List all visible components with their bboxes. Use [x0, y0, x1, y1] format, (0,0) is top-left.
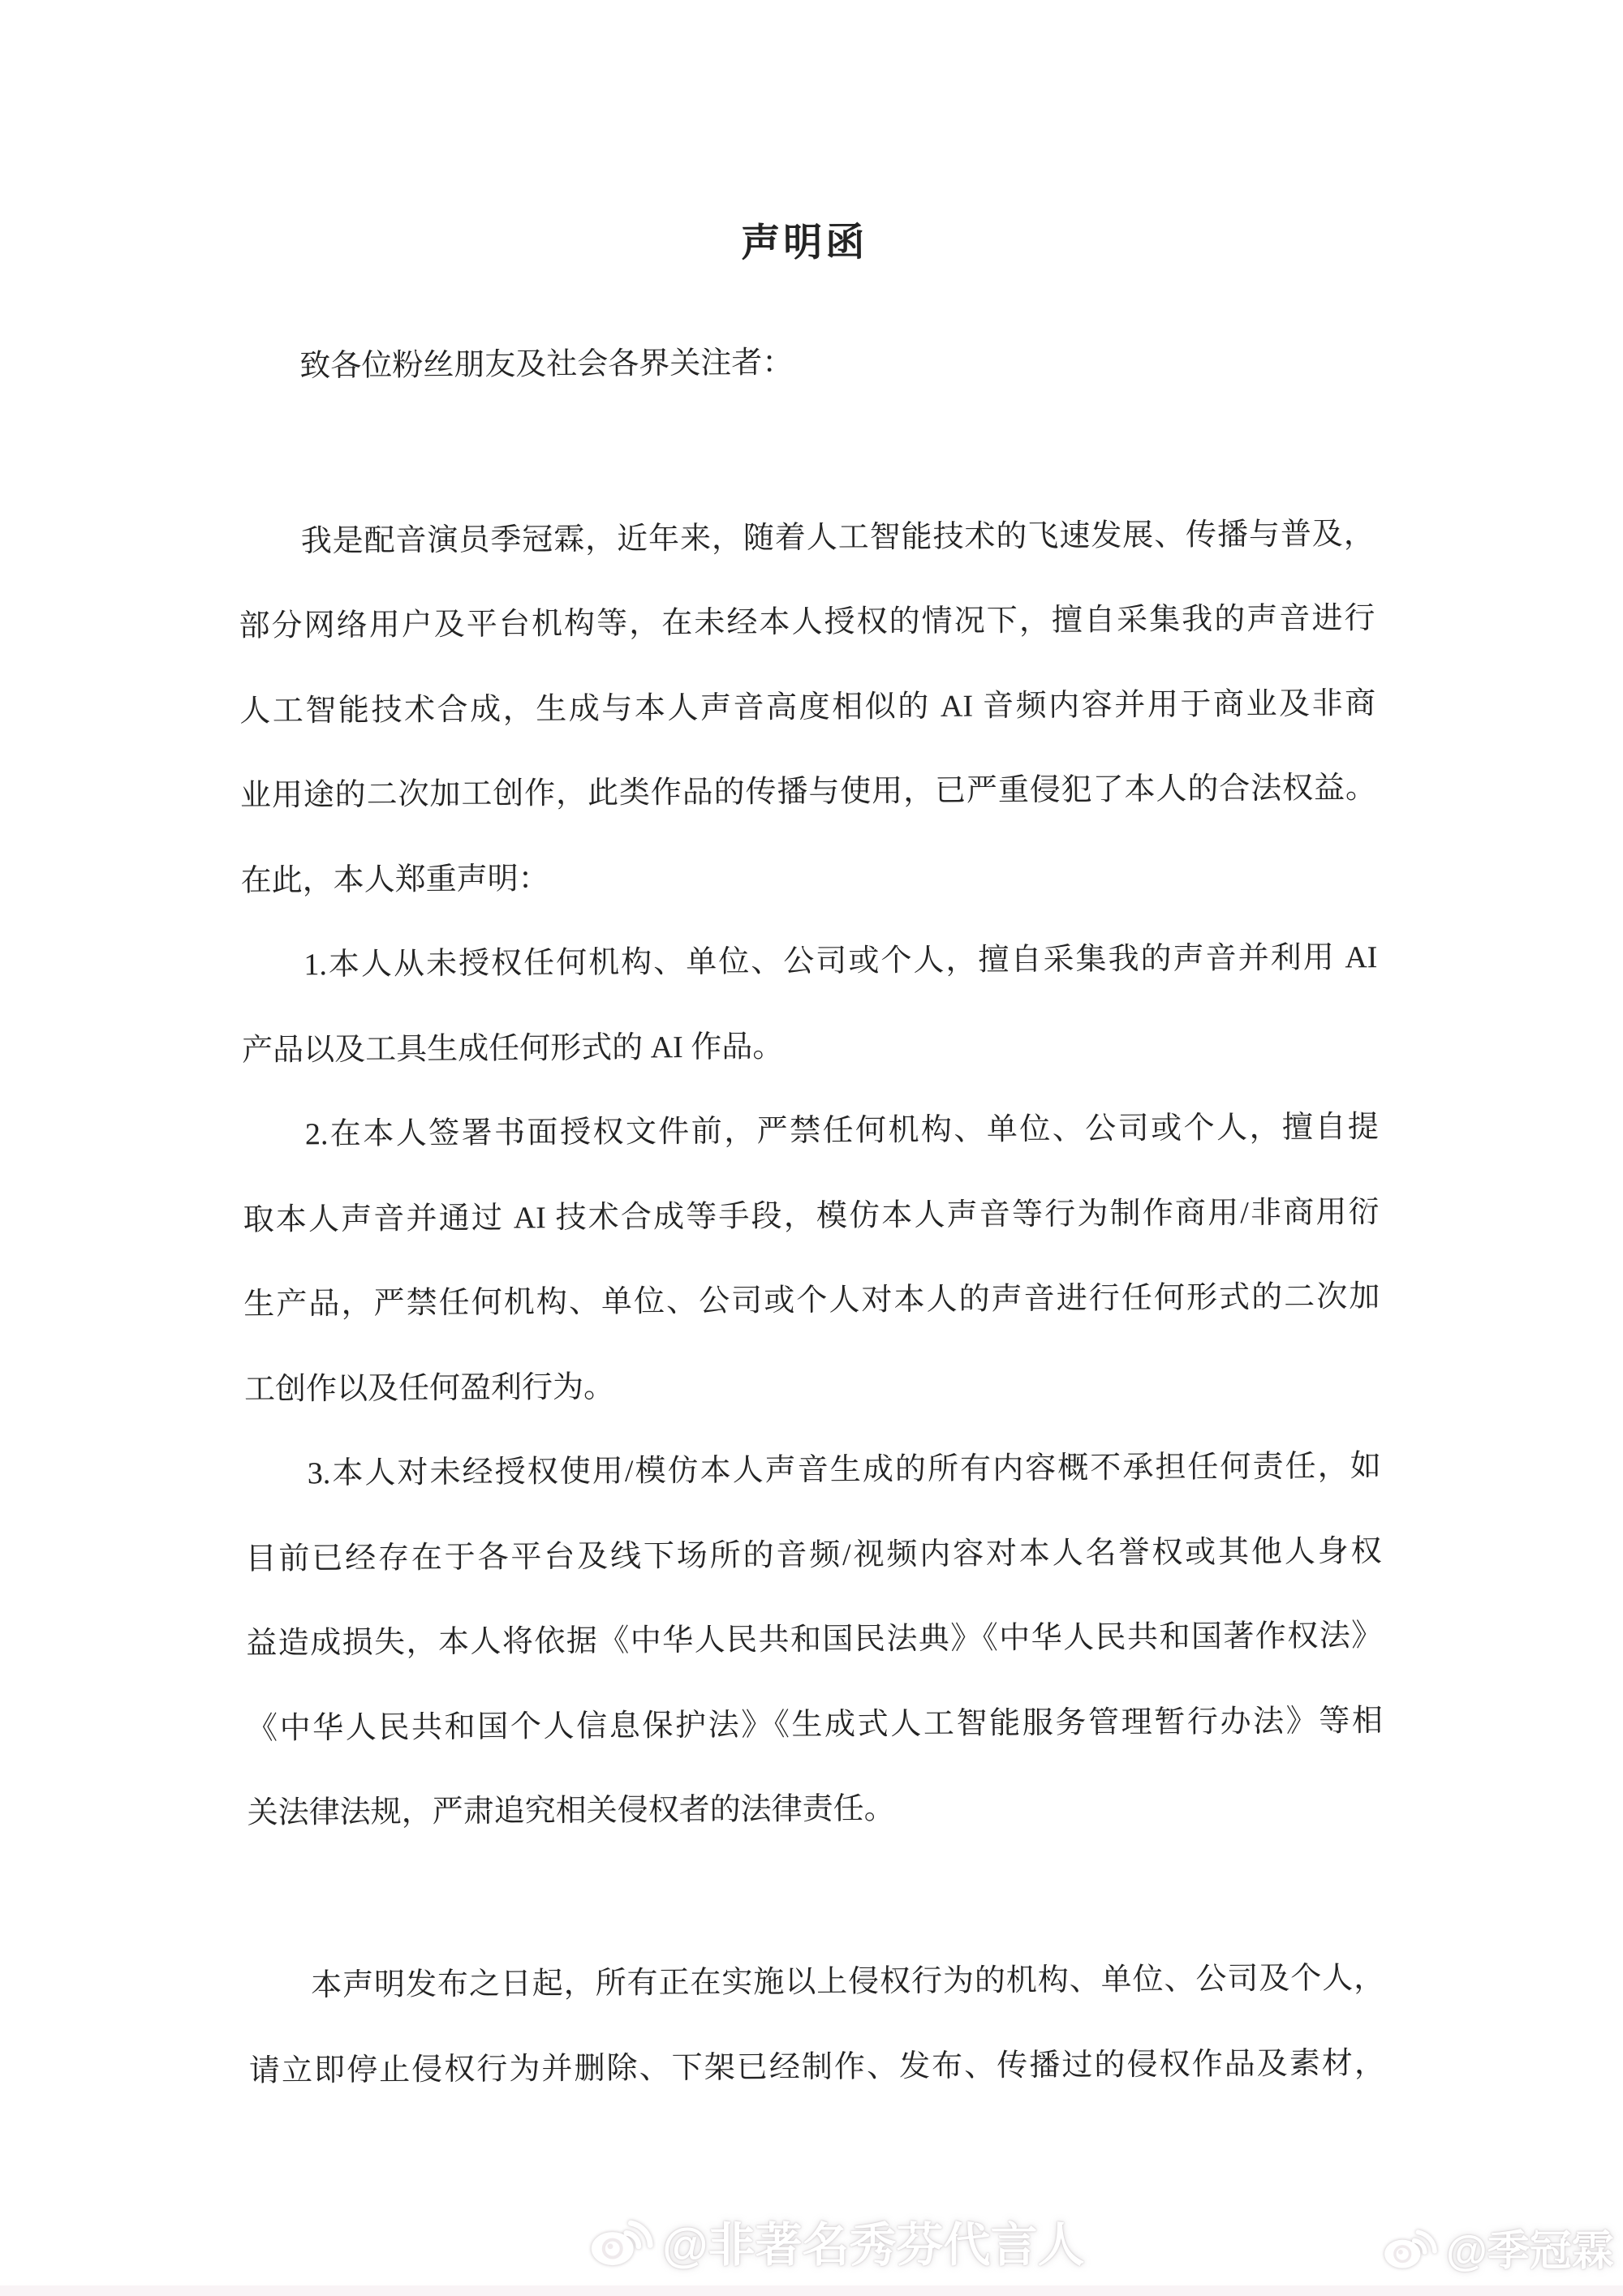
statement-item-3-line: 关法律法规，严肃追究相关侵权者的法律责任。: [247, 1763, 1384, 1855]
intro-paragraph-line: 人工智能技术合成，生成与本人声音高度相似的 AI 音频内容并用于商业及非商: [239, 661, 1376, 754]
watermark-center: @非著名秀芬代言人: [588, 2207, 1085, 2275]
statement-item-1-line: 1.本人从未授权任何机构、单位、公司或个人，擅自采集我的声音并利用 AI: [241, 915, 1378, 1008]
salutation-line: 致各位粉丝朋友及社会各界关注者：: [237, 316, 1374, 409]
watermark-handle: @非著名秀芬代言人: [662, 2207, 1085, 2275]
statement-item-2-line: 取本人声音并通过 AI 技术合成等手段，模仿本人声音等行为制作商用/非商用衍: [243, 1170, 1380, 1262]
statement-item-2-line: 2.在本人签署书面授权文件前，严禁任何机构、单位、公司或个人，擅自提: [243, 1085, 1380, 1177]
weibo-icon: [588, 2212, 654, 2269]
closing-paragraph-line: 本声明发布之日起，所有正在实施以上侵权行为的机构、单位、公司及个人，: [248, 1936, 1385, 2028]
statement-item-2-line: 生产品，严禁任何机构、单位、公司或个人对本人的声音进行任何形式的二次加: [243, 1254, 1380, 1347]
statement-item-3-line: 3.本人对未经授权使用/模仿本人声音生成的所有内容概不承担任何责任，如: [244, 1424, 1381, 1516]
intro-paragraph-line: 业用途的二次加工创作，此类作品的传播与使用，已严重侵犯了本人的合法权益。: [240, 746, 1377, 838]
document-body: 声明函 致各位粉丝朋友及社会各界关注者： 我是配音演员季冠霖，近年来，随着人工智…: [0, 0, 1623, 2296]
statement-item-3-line: 目前已经存在于各平台及线下场所的音频/视频内容对本人名誉权或其他人身权: [245, 1509, 1382, 1602]
weibo-icon: [1381, 2223, 1438, 2272]
document-title: 声明函: [0, 196, 1617, 291]
statement-item-1-line: 产品以及工具生成任何形式的 AI 作品。: [242, 1000, 1379, 1093]
declaration-lead-line: 在此，本人郑重声明：: [240, 831, 1377, 923]
statement-letter-page: 声明函 致各位粉丝朋友及社会各界关注者： 我是配音演员季冠霖，近年来，随着人工智…: [0, 0, 1623, 2296]
statement-item-2-line: 工创作以及任何盈利行为。: [244, 1339, 1381, 1432]
statement-item-3-line: 益造成损失，本人将依据《中华人民共和国民法典》《中华人民共和国著作权法》: [246, 1593, 1383, 1686]
statement-item-3-line: 《中华人民共和国个人信息保护法》《生成式人工智能服务管理暂行办法》等相: [247, 1679, 1384, 1771]
photo-edge-strip: [0, 2285, 1623, 2296]
closing-paragraph-line: 请立即停止侵权行为并删除、下架已经制作、发布、传播过的侵权作品及素材，: [249, 2021, 1386, 2113]
intro-paragraph-line: 我是配音演员季冠霖，近年来，随着人工智能技术的飞速发展、传播与普及，: [238, 492, 1375, 584]
watermark-right: @季冠霖: [1381, 2216, 1614, 2277]
intro-paragraph-line: 部分网络用户及平台机构等，在未经本人授权的情况下，擅自采集我的声音进行: [239, 576, 1375, 669]
watermark-handle: @季冠霖: [1446, 2216, 1614, 2277]
